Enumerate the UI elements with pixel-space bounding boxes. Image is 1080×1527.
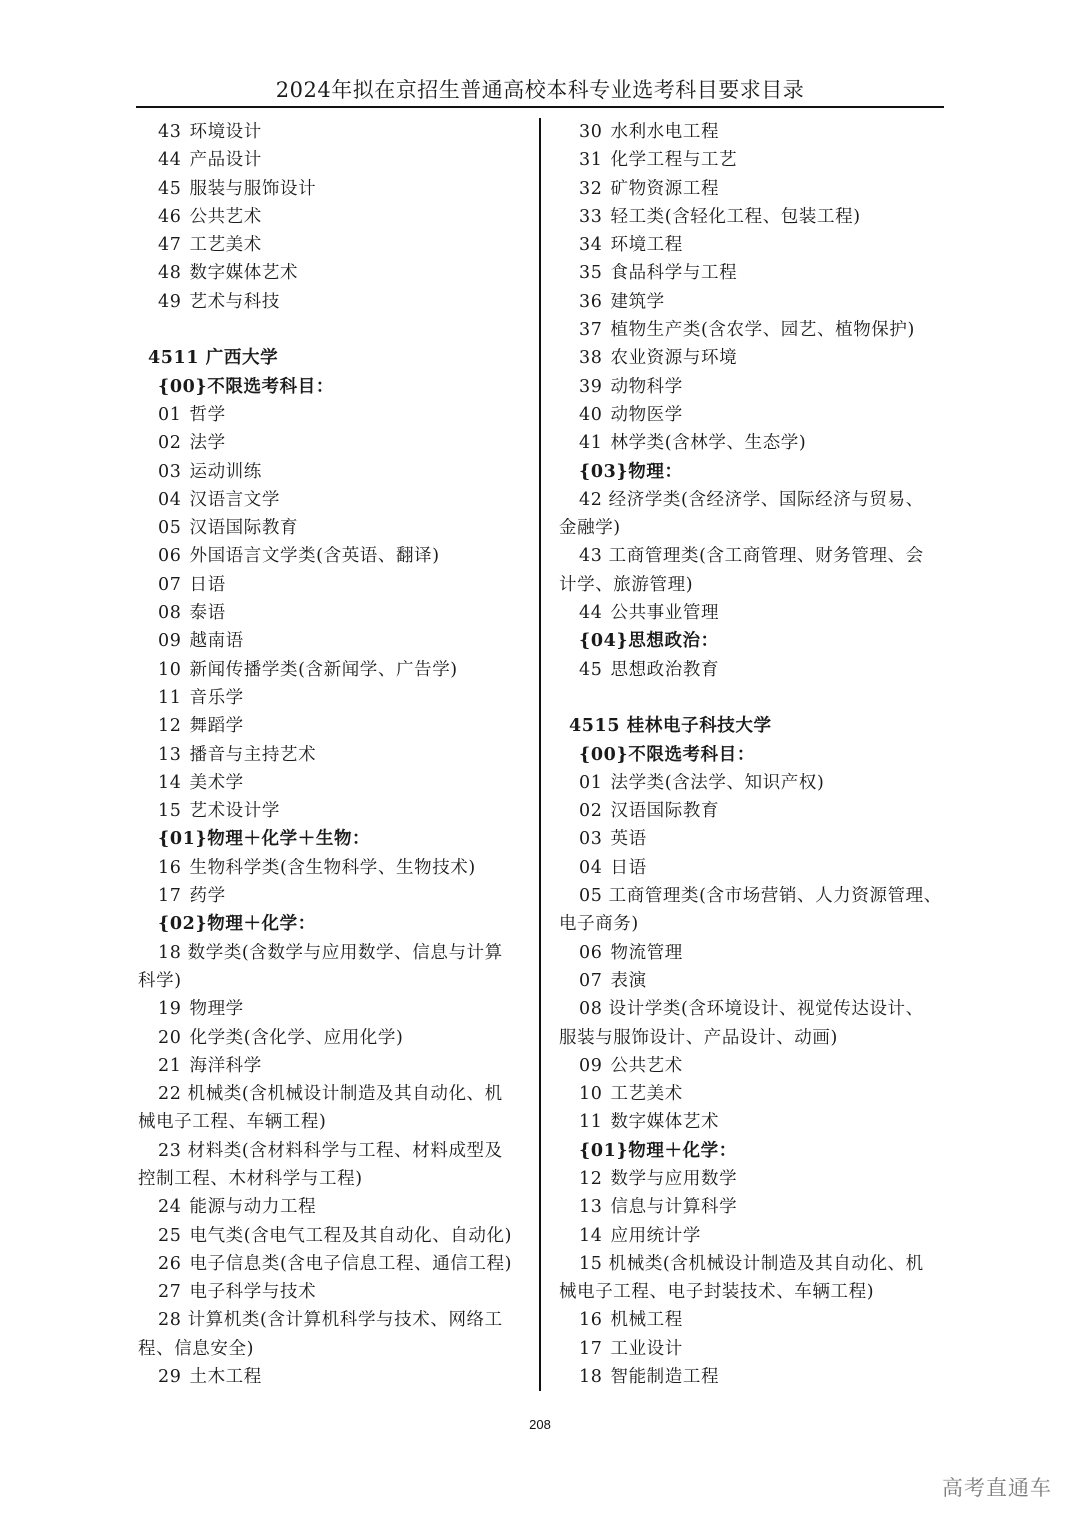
list-item-continuation: 程、信息安全) xyxy=(138,1335,523,1363)
list-item: 10新闻传播学类(含新闻学、广告学) xyxy=(138,656,523,684)
list-item: 43 工商管理类(含工商管理、财务管理、会 xyxy=(559,542,944,570)
list-item: 03英语 xyxy=(559,825,944,853)
list-item: 17工业设计 xyxy=(559,1335,944,1363)
list-item: 07表演 xyxy=(559,967,944,995)
list-item: 06物流管理 xyxy=(559,939,944,967)
list-item: 13播音与主持艺术 xyxy=(138,741,523,769)
list-item: 36建筑学 xyxy=(559,288,944,316)
list-item: 16机械工程 xyxy=(559,1306,944,1334)
list-item: 43环境设计 xyxy=(138,118,523,146)
list-item: 10工艺美术 xyxy=(559,1080,944,1108)
list-item: 37植物生产类(含农学、园艺、植物保护) xyxy=(559,316,944,344)
list-item: 31化学工程与工艺 xyxy=(559,146,944,174)
watermark: 高考直通车 xyxy=(942,1472,1052,1502)
subject-group-heading: {02}物理＋化学： xyxy=(138,910,523,938)
list-item: 46公共艺术 xyxy=(138,203,523,231)
spacer xyxy=(559,684,944,712)
list-item: 41林学类(含林学、生态学) xyxy=(559,429,944,457)
subject-group-heading: {00}不限选考科目： xyxy=(559,741,944,769)
list-item: 08泰语 xyxy=(138,599,523,627)
list-item: 39动物科学 xyxy=(559,373,944,401)
list-item: 22 机械类(含机械设计制造及其自动化、机 xyxy=(138,1080,523,1108)
subject-group-heading: {01}物理＋化学＋生物： xyxy=(138,825,523,853)
list-item: 20化学类(含化学、应用化学) xyxy=(138,1024,523,1052)
subject-group-heading: {01}物理＋化学： xyxy=(559,1137,944,1165)
list-item: 26电子信息类(含电子信息工程、通信工程) xyxy=(138,1250,523,1278)
list-item: 25电气类(含电气工程及其自动化、自动化) xyxy=(138,1222,523,1250)
list-item: 03运动训练 xyxy=(138,458,523,486)
list-item: 09公共艺术 xyxy=(559,1052,944,1080)
list-item: 13信息与计算科学 xyxy=(559,1193,944,1221)
list-item: 45服装与服饰设计 xyxy=(138,175,523,203)
list-item: 49艺术与科技 xyxy=(138,288,523,316)
list-item-continuation: 计学、旅游管理) xyxy=(559,571,944,599)
list-item: 34环境工程 xyxy=(559,231,944,259)
page-title: 2024年拟在京招生普通高校本科专业选考科目要求目录 xyxy=(136,76,944,104)
list-item: 06外国语言文学类(含英语、翻译) xyxy=(138,542,523,570)
list-item: 44产品设计 xyxy=(138,146,523,174)
list-item: 44公共事业管理 xyxy=(559,599,944,627)
list-item: 33轻工类(含轻化工程、包装工程) xyxy=(559,203,944,231)
list-item: 05 工商管理类(含市场营销、人力资源管理、 xyxy=(559,882,944,910)
list-item: 02法学 xyxy=(138,429,523,457)
left-column: 43环境设计 44产品设计 45服装与服饰设计 46公共艺术 47工艺美术 48… xyxy=(138,118,523,1391)
subject-group-heading: {00}不限选考科目： xyxy=(138,373,523,401)
list-item: 47工艺美术 xyxy=(138,231,523,259)
column-divider xyxy=(539,118,541,1391)
list-item: 14应用统计学 xyxy=(559,1222,944,1250)
list-item: 24能源与动力工程 xyxy=(138,1193,523,1221)
list-item: 14美术学 xyxy=(138,769,523,797)
list-item: 12数学与应用数学 xyxy=(559,1165,944,1193)
subject-group-heading: {03}物理： xyxy=(559,458,944,486)
list-item: 23 材料类(含材料科学与工程、材料成型及 xyxy=(138,1137,523,1165)
list-item: 16生物科学类(含生物科学、生物技术) xyxy=(138,854,523,882)
list-item: 18 数学类(含数学与应用数学、信息与计算 xyxy=(138,939,523,967)
list-item: 09越南语 xyxy=(138,627,523,655)
list-item-continuation: 服装与服饰设计、产品设计、动画) xyxy=(559,1024,944,1052)
list-item: 28 计算机类(含计算机科学与技术、网络工 xyxy=(138,1306,523,1334)
list-item: 18智能制造工程 xyxy=(559,1363,944,1391)
subject-group-heading: {04}思想政治： xyxy=(559,627,944,655)
list-item-continuation: 控制工程、木材科学与工程) xyxy=(138,1165,523,1193)
list-item: 29土木工程 xyxy=(138,1363,523,1391)
list-item-continuation: 械电子工程、电子封装技术、车辆工程) xyxy=(559,1278,944,1306)
school-heading: 4515 桂林电子科技大学 xyxy=(559,712,944,740)
list-item: 21海洋科学 xyxy=(138,1052,523,1080)
list-item: 45思想政治教育 xyxy=(559,656,944,684)
list-item: 01法学类(含法学、知识产权) xyxy=(559,769,944,797)
list-item-continuation: 电子商务) xyxy=(559,910,944,938)
list-item: 30水利水电工程 xyxy=(559,118,944,146)
list-item: 04日语 xyxy=(559,854,944,882)
list-item: 11音乐学 xyxy=(138,684,523,712)
list-item: 05汉语国际教育 xyxy=(138,514,523,542)
list-item: 40动物医学 xyxy=(559,401,944,429)
list-item: 15 机械类(含机械设计制造及其自动化、机 xyxy=(559,1250,944,1278)
list-item: 12舞蹈学 xyxy=(138,712,523,740)
page-number: 208 xyxy=(0,1417,1080,1432)
list-item: 27电子科学与技术 xyxy=(138,1278,523,1306)
list-item: 11数字媒体艺术 xyxy=(559,1108,944,1136)
list-item: 07日语 xyxy=(138,571,523,599)
list-item: 38农业资源与环境 xyxy=(559,344,944,372)
list-item: 19物理学 xyxy=(138,995,523,1023)
list-item-continuation: 械电子工程、车辆工程) xyxy=(138,1108,523,1136)
list-item: 48数字媒体艺术 xyxy=(138,259,523,287)
right-column: 30水利水电工程 31化学工程与工艺 32矿物资源工程 33轻工类(含轻化工程、… xyxy=(559,118,944,1391)
list-item: 02汉语国际教育 xyxy=(559,797,944,825)
school-heading: 4511 广西大学 xyxy=(138,344,523,372)
list-item: 32矿物资源工程 xyxy=(559,175,944,203)
list-item: 15艺术设计学 xyxy=(138,797,523,825)
list-item: 04汉语言文学 xyxy=(138,486,523,514)
list-item-continuation: 科学) xyxy=(138,967,523,995)
list-item: 01哲学 xyxy=(138,401,523,429)
list-item: 42 经济学类(含经济学、国际经济与贸易、 xyxy=(559,486,944,514)
list-item: 35食品科学与工程 xyxy=(559,259,944,287)
spacer xyxy=(138,316,523,344)
list-item: 08 设计学类(含环境设计、视觉传达设计、 xyxy=(559,995,944,1023)
list-item-continuation: 金融学) xyxy=(559,514,944,542)
header-rule xyxy=(136,106,944,108)
list-item: 17药学 xyxy=(138,882,523,910)
